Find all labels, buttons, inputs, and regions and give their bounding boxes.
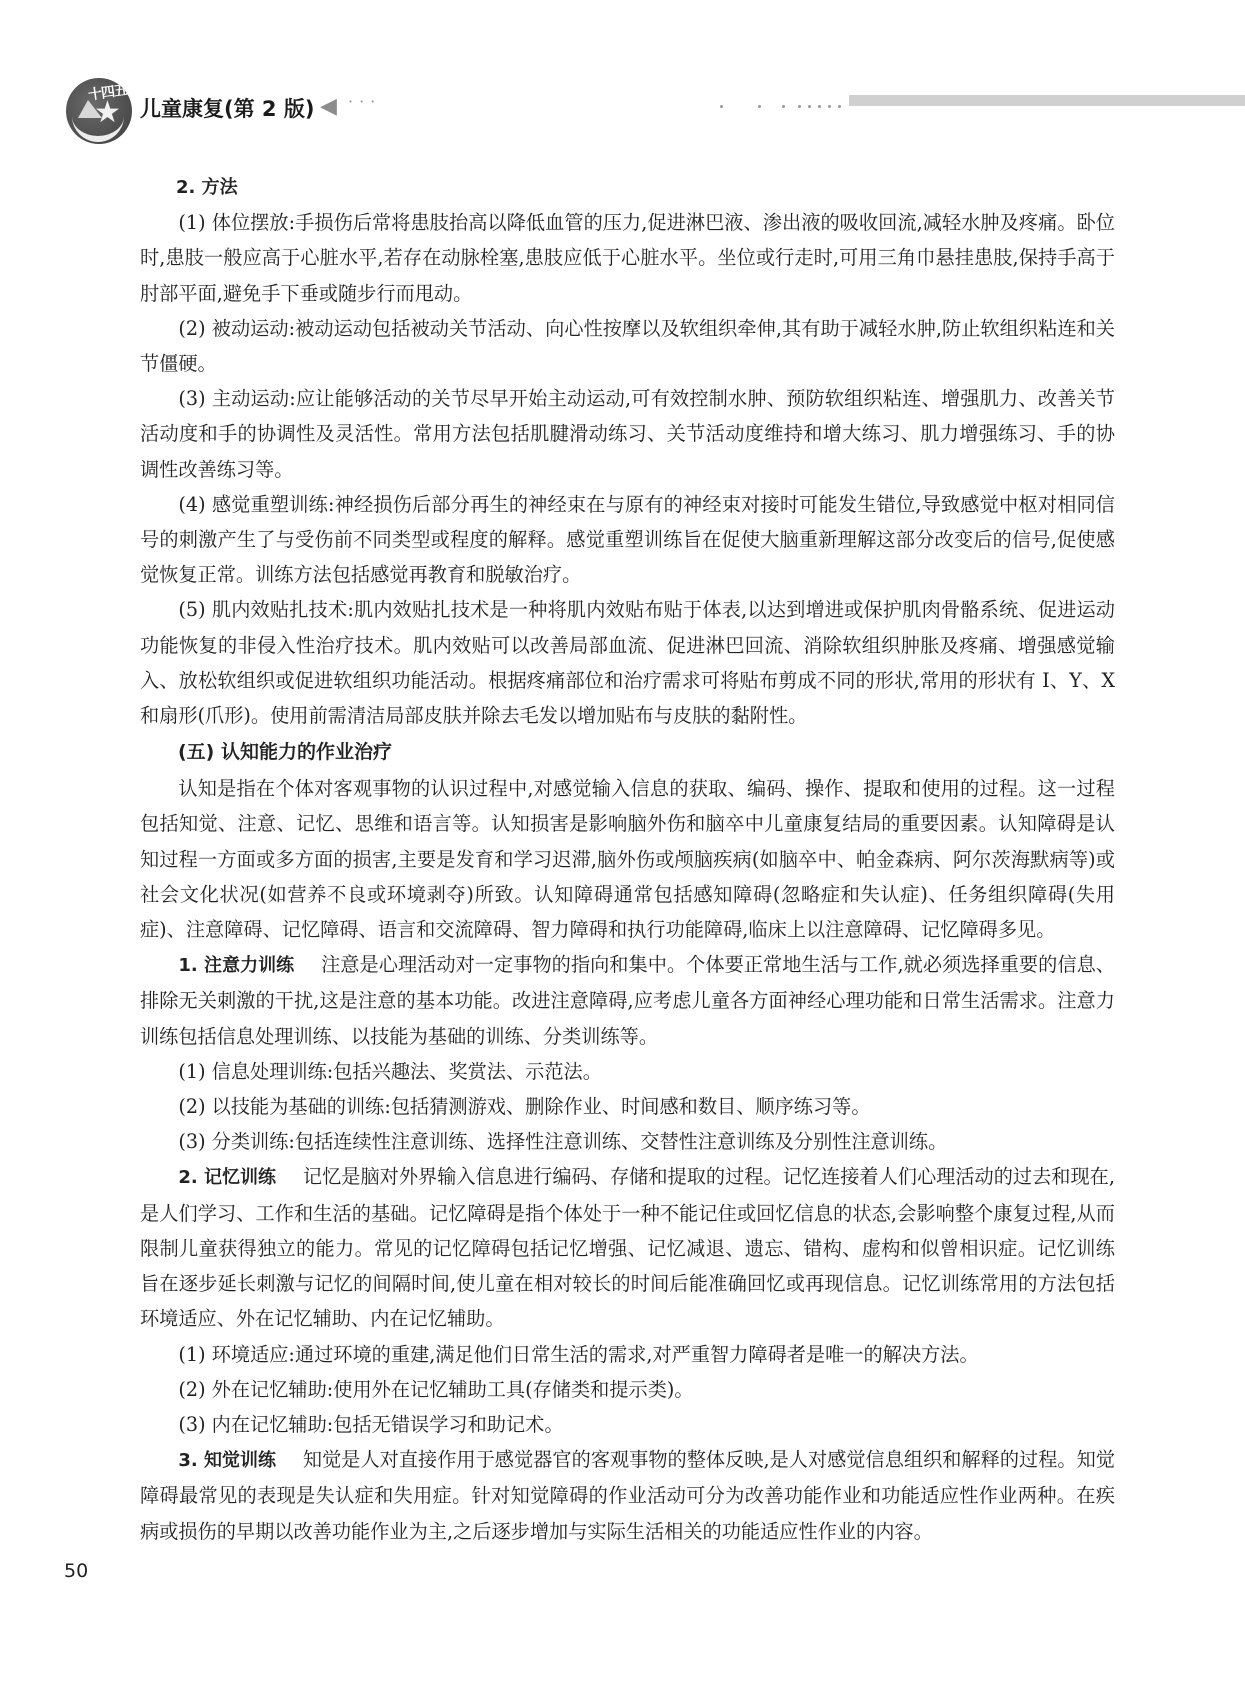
- perception-training-lead: 3. 知觉训练: [178, 1450, 276, 1471]
- arrow-left-icon: ◀: [320, 94, 337, 119]
- decorative-dots-right: [718, 92, 854, 112]
- perception-training-text: 知觉是人对直接作用于感觉器官的客观事物的整体反映,是人对感觉信息组织和解释的过程…: [140, 1448, 1115, 1542]
- method-item-active-motion: (3) 主动运动:应让能够活动的关节尽早开始主动运动,可有效控制水肿、预防软组织…: [140, 381, 1115, 487]
- memory-training-paragraph: 2. 记忆训练记忆是脑对外界输入信息进行编码、存储和提取的过程。记忆连接着人们心…: [140, 1159, 1115, 1336]
- attention-training-lead: 1. 注意力训练: [178, 955, 294, 976]
- method-item-passive-motion: (2) 被动运动:被动运动包括被动关节活动、向心性按摩以及软组织牵伸,其有助于减…: [140, 311, 1115, 381]
- series-logo-icon: 十四五 ★: [66, 78, 132, 144]
- page-body: 2. 方法 (1) 体位摆放:手损伤后常将患肢抬高以降低血管的压力,促进淋巴液、…: [140, 170, 1115, 1549]
- method-item-positioning: (1) 体位摆放:手损伤后常将患肢抬高以降低血管的压力,促进淋巴液、渗出液的吸收…: [140, 205, 1115, 311]
- header-rule-bar: [849, 95, 1245, 106]
- memory-item-1: (1) 环境适应:通过环境的重建,满足他们日常生活的需求,对严重智力障碍者是唯一…: [140, 1337, 1115, 1372]
- page-number: 50: [64, 1560, 88, 1582]
- memory-item-2: (2) 外在记忆辅助:使用外在记忆辅助工具(存储类和提示类)。: [140, 1372, 1115, 1407]
- attention-training-paragraph: 1. 注意力训练注意是心理活动对一定事物的指向和集中。个体要正常地生活与工作,就…: [140, 947, 1115, 1054]
- section-intro-paragraph: 认知是指在个体对客观事物的认识过程中,对感觉输入信息的获取、编码、操作、提取和使…: [140, 771, 1115, 947]
- attention-item-2: (2) 以技能为基础的训练:包括猜测游戏、删除作业、时间感和数目、顺序练习等。: [140, 1089, 1115, 1124]
- memory-training-text: 记忆是脑对外界输入信息进行编码、存储和提取的过程。记忆连接着人们心理活动的过去和…: [140, 1165, 1115, 1330]
- attention-item-3: (3) 分类训练:包括连续性注意训练、选择性注意训练、交替性注意训练及分别性注意…: [140, 1124, 1115, 1159]
- logo-swoosh-shape: [72, 114, 124, 142]
- memory-training-lead: 2. 记忆训练: [178, 1167, 276, 1188]
- running-header: 十四五 ★ 儿童康复(第 2 版) ◀ ···: [0, 0, 1245, 150]
- section-heading-cognitive: (五) 认知能力的作业治疗: [140, 733, 1115, 771]
- subheading-methods: 2. 方法: [140, 170, 1115, 205]
- memory-item-3: (3) 内在记忆辅助:包括无错误学习和助记术。: [140, 1407, 1115, 1442]
- attention-item-1: (1) 信息处理训练:包括兴趣法、奖赏法、示范法。: [140, 1054, 1115, 1089]
- method-item-kinesio-taping: (5) 肌内效贴扎技术:肌内效贴扎技术是一种将肌内效贴布贴于体表,以达到增进或保…: [140, 592, 1115, 733]
- method-item-sensory-reeducation: (4) 感觉重塑训练:神经损伤后部分再生的神经束在与原有的神经束对接时可能发生错…: [140, 487, 1115, 593]
- perception-training-paragraph: 3. 知觉训练知觉是人对直接作用于感觉器官的客观事物的整体反映,是人对感觉信息组…: [140, 1442, 1115, 1549]
- book-title: 儿童康复(第 2 版): [140, 93, 314, 123]
- decorative-dots-left: ···: [348, 92, 381, 111]
